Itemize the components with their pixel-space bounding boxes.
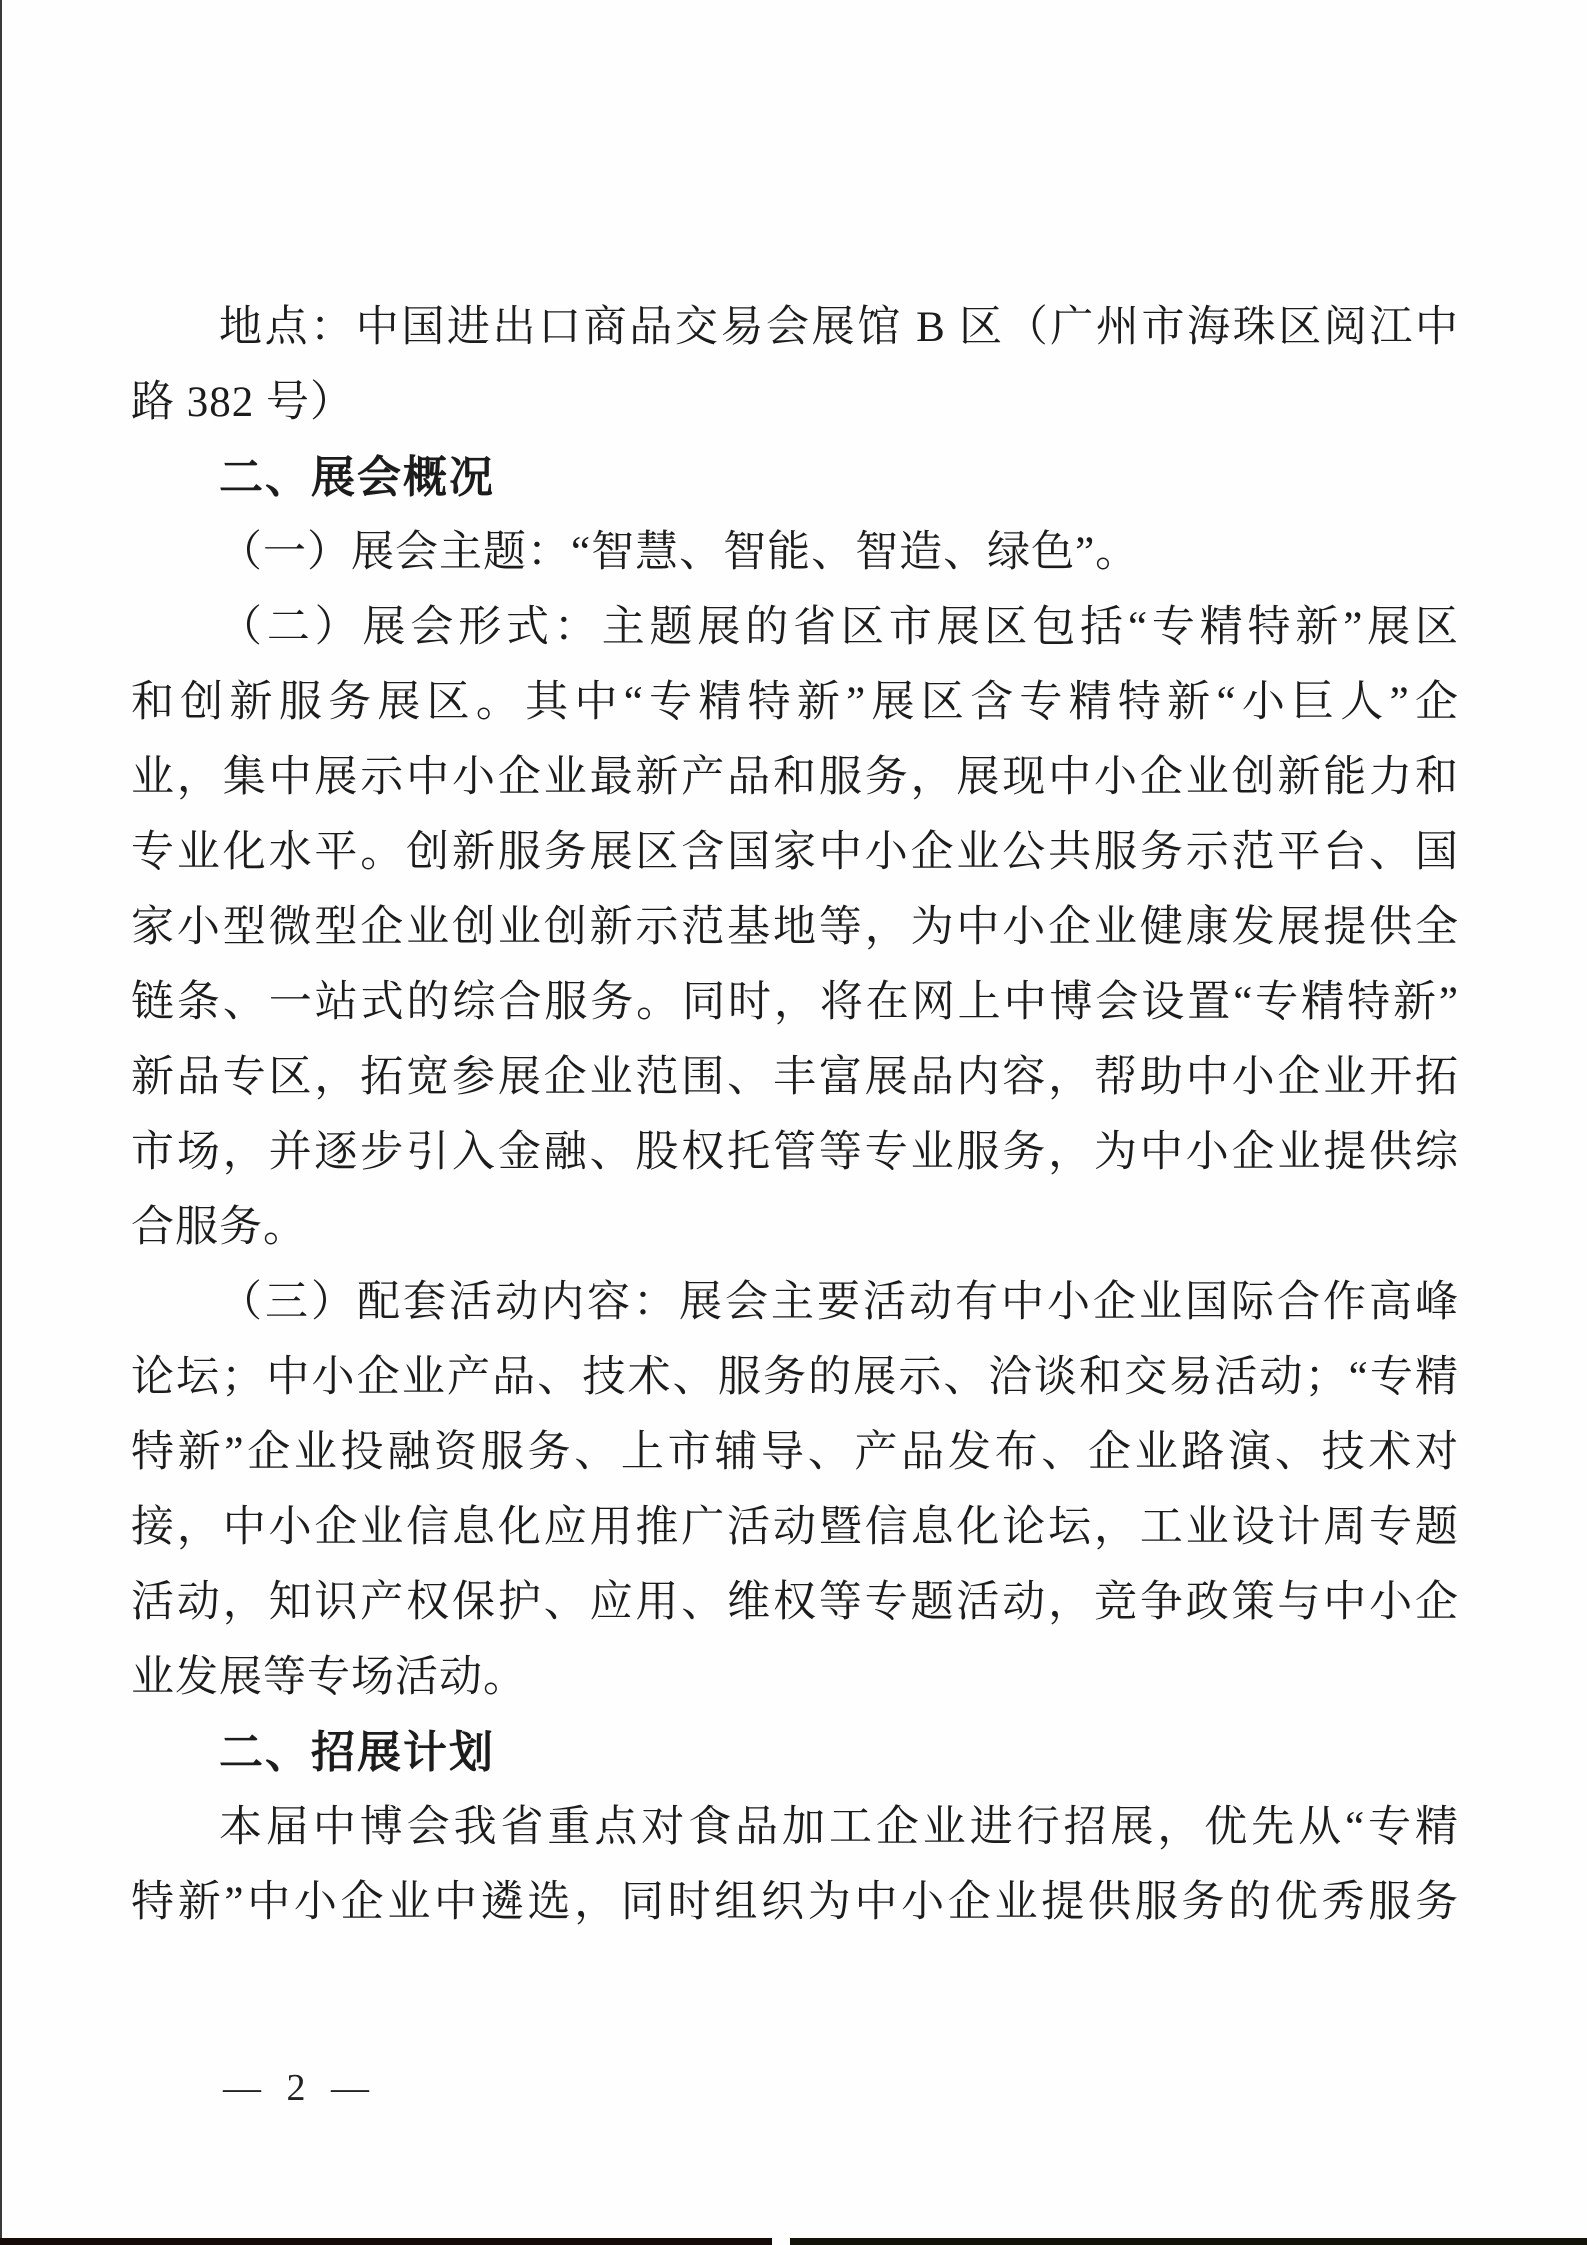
text-line: （二）展会形式：主题展的省区市展区包括“专精特新”展区 [131,590,1459,665]
scan-edge-left-line [0,0,2,2245]
text-line: 链条、一站式的综合服务。同时，将在网上中博会设置“专精特新” [131,965,1459,1040]
text-line: 新品专区，拓宽参展企业范围、丰富展品内容，帮助中小企业开拓 [131,1040,1459,1115]
text-line: 路 382 号） [131,365,1459,440]
text-line: 和创新服务展区。其中“专精特新”展区含专精特新“小巨人”企 [131,665,1459,740]
text-line: 本届中博会我省重点对食品加工企业进行招展，优先从“专精 [131,1790,1459,1865]
text-line: 专业化水平。创新服务展区含国家中小企业公共服务示范平台、国 [131,815,1459,890]
document-page: 地点：中国进出口商品交易会展馆 B 区（广州市海珠区阅江中路 382 号）二、展… [0,0,1587,2245]
document-body: 地点：中国进出口商品交易会展馆 B 区（广州市海珠区阅江中路 382 号）二、展… [131,290,1459,1940]
text-line: 地点：中国进出口商品交易会展馆 B 区（广州市海珠区阅江中 [131,290,1459,365]
text-line: 合服务。 [131,1190,1459,1265]
text-line: 特新”企业投融资服务、上市辅导、产品发布、企业路演、技术对 [131,1415,1459,1490]
section-heading-line: 二、招展计划 [131,1715,1459,1790]
text-line: 接，中小企业信息化应用推广活动暨信息化论坛，工业设计周专题 [131,1490,1459,1565]
text-line: 论坛；中小企业产品、技术、服务的展示、洽谈和交易活动；“专精 [131,1340,1459,1415]
page-number: — 2 — [193,2060,407,2116]
scan-edge-bottom-bar-left [0,2238,772,2245]
text-line: 家小型微型企业创业创新示范基地等，为中小企业健康发展提供全 [131,890,1459,965]
text-line: （三）配套活动内容：展会主要活动有中小企业国际合作高峰 [131,1265,1459,1340]
scan-edge-bottom-bar-right [790,2238,1587,2245]
text-line: 市场，并逐步引入金融、股权托管等专业服务，为中小企业提供综 [131,1115,1459,1190]
text-line: 特新”中小企业中遴选，同时组织为中小企业提供服务的优秀服务 [131,1865,1459,1940]
section-heading-line: 二、展会概况 [131,440,1459,515]
text-line: 业，集中展示中小企业最新产品和服务，展现中小企业创新能力和 [131,740,1459,815]
text-line: （一）展会主题：“智慧、智能、智造、绿色”。 [131,515,1459,590]
text-line: 活动，知识产权保护、应用、维权等专题活动，竞争政策与中小企 [131,1565,1459,1640]
text-line: 业发展等专场活动。 [131,1640,1459,1715]
